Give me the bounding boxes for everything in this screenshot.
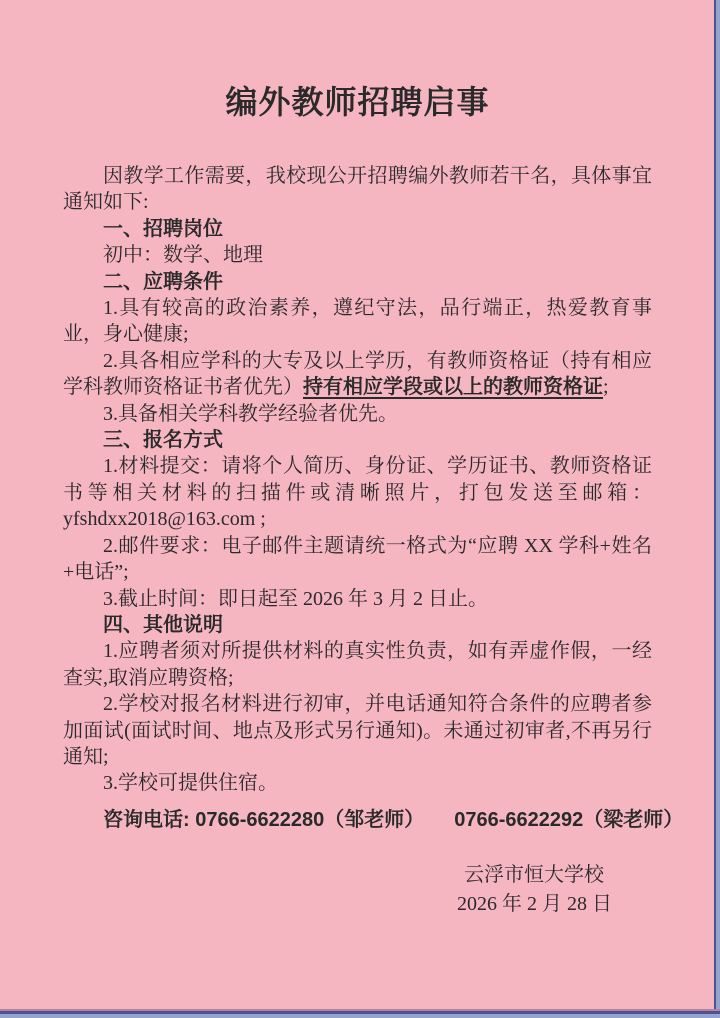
positions-item: 初中：数学、地理 xyxy=(63,242,652,268)
application-item-2: 2.邮件要求：电子邮件主题请统一格式为“应聘 XX 学科+姓名+电话”; xyxy=(63,533,652,586)
recruitment-notice-page: { "title": "编外教师招聘启事", "intro": "因教学工作需要… xyxy=(0,0,720,1018)
doc-body: 因教学工作需要，我校现公开招聘编外教师若干名，具体事宜通知如下: 一、招聘岗位 … xyxy=(63,163,652,797)
other-item-2: 2.学校对报名材料进行初审，并电话通知符合条件的应聘者参加面试(面试时间、地点及… xyxy=(63,691,652,770)
notice-document: 编外教师招聘启事 因教学工作需要，我校现公开招聘编外教师若干名，具体事宜通知如下… xyxy=(63,0,652,919)
application-item-1-text: 1.材料提交：请将个人简历、身份证、学历证书、教师资格证书等相关材料的扫描件或清… xyxy=(63,455,652,503)
section-heading-requirements: 二、应聘条件 xyxy=(63,269,652,295)
signature-block: 云浮市恒大学校 2026 年 2 月 28 日 xyxy=(63,861,652,919)
other-item-1: 1.应聘者须对所提供材料的真实性负责，如有弄虚作假，一经查实,取消应聘资格; xyxy=(63,638,652,691)
doc-title: 编外教师招聘启事 xyxy=(63,82,652,122)
section-heading-application: 三、报名方式 xyxy=(63,427,652,453)
intro-paragraph: 因教学工作需要，我校现公开招聘编外教师若干名，具体事宜通知如下: xyxy=(63,163,652,216)
application-item-3: 3.截止时间：即日起至 2026 年 3 月 2 日止。 xyxy=(63,586,652,612)
email-address: yfshdxx2018@163.com xyxy=(63,508,255,530)
application-item-1-suffix: ; xyxy=(255,508,266,530)
section-heading-other: 四、其他说明 xyxy=(63,612,652,638)
phone-number-1: 0766-6622280（邹老师） xyxy=(195,809,424,831)
requirements-item-3: 3.具备相关学科教学经验者优先。 xyxy=(63,401,652,427)
contact-label: 咨询电话: xyxy=(103,809,190,831)
page-edge-bottom xyxy=(0,1009,720,1018)
underlined-certificate-requirement: 持有相应学段或以上的教师资格证 xyxy=(303,376,603,398)
requirements-item-2: 2.具各相应学科的大专及以上学历，有教师资格证（持有相应学科教师资格证书者优先）… xyxy=(63,348,652,401)
page-edge-right xyxy=(714,0,720,1018)
signature-date: 2026 年 2 月 28 日 xyxy=(63,890,612,919)
section-heading-positions: 一、招聘岗位 xyxy=(63,216,652,242)
phone-number-2: 0766-6622292（梁老师） xyxy=(454,809,683,831)
requirements-item-2-suffix: ; xyxy=(603,376,609,398)
application-item-1: 1.材料提交：请将个人简历、身份证、学历证书、教师资格证书等相关材料的扫描件或清… xyxy=(63,453,652,532)
signature-org: 云浮市恒大学校 xyxy=(63,861,612,890)
contact-line: 咨询电话: 0766-6622280（邹老师）0766-6622292（梁老师） xyxy=(63,807,652,833)
requirements-item-1: 1.具有较高的政治素养，遵纪守法，品行端正，热爱教育事业，身心健康; xyxy=(63,295,652,348)
other-item-3: 3.学校可提供住宿。 xyxy=(63,770,652,796)
